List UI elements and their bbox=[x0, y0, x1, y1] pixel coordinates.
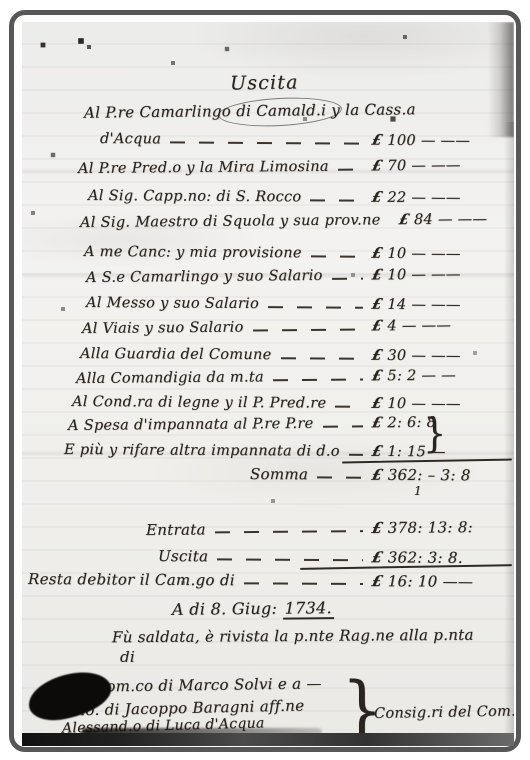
somma-amount: 362: – 3: 8 bbox=[388, 466, 471, 485]
entry-amount: 30 — —— bbox=[387, 348, 460, 364]
ink-speckles bbox=[22, 22, 24, 24]
lira-sign: £ bbox=[370, 157, 384, 174]
ledger-row: A me Canc: y mia provisione £ 10 — —— bbox=[84, 243, 500, 263]
ledger-row: Al Cond.ra di legne y il P. Pred.re £ 10… bbox=[72, 393, 500, 413]
lira-sign: £ bbox=[370, 548, 385, 566]
dash-leader bbox=[311, 255, 363, 257]
entry-amount-group: £ 70 — —— bbox=[372, 156, 500, 174]
dash-leader bbox=[349, 453, 363, 455]
entry-label: Al Messo y suo Salario bbox=[86, 295, 259, 312]
entry-amount: 22 — —— bbox=[387, 190, 460, 206]
dash-leader bbox=[317, 476, 363, 478]
lira-sign: £ bbox=[370, 395, 384, 412]
entry-amount-group: £ 10 — —— bbox=[372, 265, 500, 283]
entry-amount: 10 — —— bbox=[387, 396, 460, 412]
entry-label: Al Cond.ra di legne y il P. Pred.re bbox=[72, 394, 327, 412]
entry-amount: 10 — —— bbox=[387, 267, 460, 284]
dash-leader bbox=[217, 558, 363, 561]
entry-label: A Spesa d'impannata al P.re P.re bbox=[68, 416, 314, 434]
dash-leader bbox=[268, 306, 363, 309]
date-line: A di 8. Giug: 1734. bbox=[172, 598, 334, 619]
attestation-line-2: di bbox=[120, 648, 135, 666]
entry-label: E più y rifare altra impannata di d.o bbox=[64, 442, 340, 460]
entry-label: Alla Guardia del Comune bbox=[80, 346, 272, 363]
entry-label: Al P.re Pred.o y la Mira Limosina bbox=[78, 159, 329, 177]
entry-amount: 10 — —— bbox=[387, 246, 460, 262]
lira-sign: £ bbox=[397, 211, 411, 228]
date-prefix: A di 8. Giug: bbox=[172, 599, 277, 619]
manuscript-page: Uscita Al P.re Camarlingo di Camald.i y … bbox=[22, 22, 514, 746]
signatories-role: Consig.ri del Com.e di Ulig.re bbox=[374, 702, 514, 722]
resta-row: Resta debitor il Cam.go di £ 16: 10 —— bbox=[28, 570, 500, 591]
dash-leader bbox=[280, 357, 362, 360]
lira-sign: £ bbox=[370, 132, 384, 149]
somma-amount-group: £ 362: – 3: 8 bbox=[372, 466, 500, 485]
dash-leader bbox=[170, 141, 363, 144]
stray-mark: 1 bbox=[414, 484, 422, 498]
entrata-label: Entrata bbox=[146, 520, 206, 539]
lira-sign: £ bbox=[370, 466, 385, 484]
dash-leader bbox=[338, 168, 363, 170]
lira-sign: £ bbox=[370, 245, 384, 262]
lira-sign: £ bbox=[370, 347, 384, 364]
entry-amount: 14 — —— bbox=[387, 297, 460, 313]
entry-label: A S.e Camarlingo y suo Salario bbox=[86, 268, 323, 286]
entry-amount: 84 — —— bbox=[414, 211, 487, 228]
lira-sign: £ bbox=[370, 443, 384, 460]
entrata-amount-group: £ 378: 13: 8: bbox=[372, 518, 500, 537]
entry-amount: 100 — —— bbox=[387, 133, 470, 150]
entry-amount-group: £ 22 — —— bbox=[372, 189, 500, 207]
lira-sign: £ bbox=[370, 367, 384, 384]
lira-sign: £ bbox=[370, 189, 384, 206]
somma-label: Somma bbox=[250, 465, 308, 483]
lira-sign: £ bbox=[370, 572, 385, 590]
page-title: Uscita bbox=[230, 71, 299, 94]
dash-leader bbox=[335, 405, 363, 407]
lira-sign: £ bbox=[370, 296, 384, 313]
dash-leader bbox=[332, 277, 363, 279]
dash-leader bbox=[310, 199, 363, 201]
entry-amount-group: £ 4 — —— bbox=[372, 316, 500, 334]
entrata-amount: 378: 13: 8: bbox=[388, 518, 473, 537]
entry-label: Alla Comandigia da m.ta bbox=[76, 369, 264, 387]
entry-amount-group: £ 10 — —— bbox=[372, 395, 500, 413]
entry-amount: 70 — —— bbox=[387, 158, 460, 175]
entry-amount-group: £ 5: 2 — — bbox=[372, 366, 500, 384]
somma-row: Somma £ 362: – 3: 8 bbox=[250, 465, 500, 485]
entry-label: Al Viais y suo Salario bbox=[82, 320, 244, 337]
lira-sign: £ bbox=[370, 519, 384, 537]
dash-leader bbox=[323, 425, 363, 427]
entry-amount-group: £ 100 — —— bbox=[372, 132, 500, 150]
ledger-row: A S.e Camarlingo y suo Salario £ 10 — —— bbox=[86, 265, 500, 286]
ledger-row: Al P.re Pred.o y la Mira Limosina £ 70 —… bbox=[78, 156, 500, 177]
entry-label: Al Sig. Capp.no: di S. Rocco bbox=[88, 188, 302, 205]
ledger-row: Al Sig. Capp.no: di S. Rocco £ 22 — —— bbox=[88, 187, 500, 207]
ink-circle-annotation bbox=[217, 95, 342, 129]
uscita-amount: 362: 3: 8. bbox=[388, 548, 463, 566]
lira-sign: £ bbox=[370, 414, 384, 431]
date-year: 1734. bbox=[282, 598, 334, 620]
dash-leader bbox=[244, 582, 363, 585]
resta-amount: 16: 10 —— bbox=[388, 572, 474, 591]
signature-1: Dom.co di Marco Solvi e a — bbox=[94, 674, 322, 695]
dash-leader bbox=[273, 378, 363, 381]
entry-label: d'Acqua bbox=[100, 131, 161, 147]
lira-sign: £ bbox=[370, 266, 384, 283]
top-right-smudge bbox=[488, 22, 514, 137]
uscita-label: Uscita bbox=[158, 547, 208, 565]
ledger-row: Alla Guardia del Comune £ 30 — —— bbox=[80, 345, 500, 365]
entry-label: Al Sig. Maestro di Squola y sua prov.ne bbox=[80, 212, 381, 231]
entrata-row: Entrata £ 378: 13: 8: bbox=[146, 518, 500, 539]
resta-label: Resta debitor il Cam.go di bbox=[28, 570, 235, 589]
dash-leader bbox=[215, 530, 363, 533]
entry-amount-group: £ 14 — —— bbox=[372, 296, 500, 314]
ledger-row: Al Viais y suo Salario £ 4 — —— bbox=[82, 316, 500, 337]
ledger-row: Al Sig. Maestro di Squola y sua prov.ne … bbox=[80, 210, 500, 231]
entry-amount-group: £ 30 — —— bbox=[372, 347, 500, 365]
entry-amount-group: £ 10 — —— bbox=[372, 245, 500, 263]
entry-amount-group: £ 84 — —— bbox=[399, 210, 514, 228]
dash-leader bbox=[253, 328, 363, 331]
entries-brace: } bbox=[423, 414, 446, 454]
entry-amount: 5: 2 — — bbox=[387, 368, 456, 385]
resta-amount-group: £ 16: 10 —— bbox=[372, 572, 500, 591]
uscita-row: Uscita £ 362: 3: 8. bbox=[158, 547, 500, 567]
bottom-dark-band bbox=[22, 733, 514, 746]
ledger-row: d'Acqua £ 100 — —— bbox=[100, 130, 500, 149]
ledger-row: Alla Comandigia da m.ta £ 5: 2 — — bbox=[76, 366, 500, 387]
entry-label: A me Canc: y mia provisione bbox=[84, 244, 302, 261]
ledger-row: Al Messo y suo Salario £ 14 — —— bbox=[86, 294, 500, 314]
lira-sign: £ bbox=[370, 317, 384, 334]
entry-amount: 4 — —— bbox=[387, 318, 451, 335]
attestation-line-1: Fù saldata, è rivista la p.nte Rag.ne al… bbox=[112, 626, 474, 647]
